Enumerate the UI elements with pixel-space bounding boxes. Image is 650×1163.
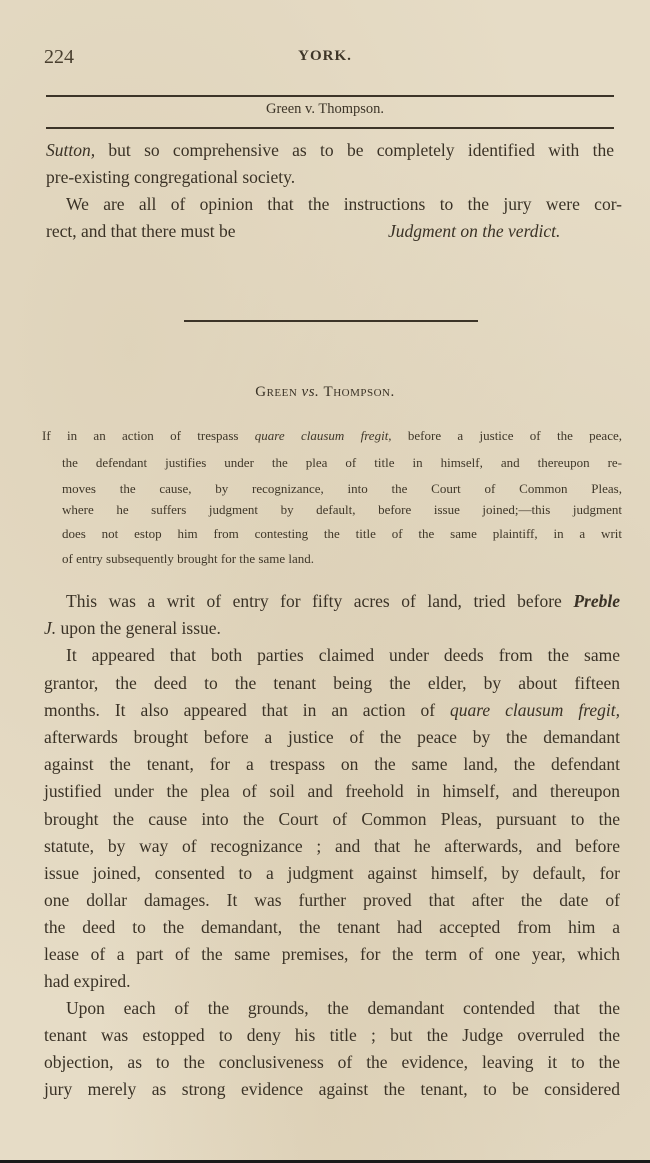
italic-name: Sutton, <box>46 140 95 160</box>
body-line: had expired. <box>44 971 131 992</box>
line-text: If in an action of trespass <box>42 428 255 443</box>
body-line: statute, by way of recognizance ; and th… <box>44 836 620 857</box>
body-line: objection, as to the conclusiveness of t… <box>44 1052 620 1073</box>
body-line: against the tenant, for a trespass on th… <box>44 754 620 775</box>
headnote-line: does not estop him from contesting the t… <box>62 526 622 542</box>
body-line: the deed to the demandant, the tenant ha… <box>44 917 620 938</box>
headnote-line: where he suffers judgment by default, be… <box>62 502 622 518</box>
previous-case-line: We are all of opinion that the instructi… <box>66 194 622 215</box>
case-title: Green vs. Thompson. <box>0 384 650 401</box>
running-head: 224 YORK. <box>0 46 650 76</box>
headnote-line: the defendant justifies under the plea o… <box>62 455 622 471</box>
body-line: afterwards brought before a justice of t… <box>44 727 620 748</box>
previous-case-line: Sutton, but so comprehensive as to be co… <box>46 140 614 161</box>
judge-initial: J. <box>44 618 56 638</box>
line-text: months. It also appeared that in an acti… <box>44 700 450 720</box>
line-text: upon the general issue. <box>56 618 221 638</box>
running-title: YORK. <box>0 48 650 65</box>
judgment-text: Judgment on the verdict. <box>388 221 560 242</box>
line-text: but so comprehensive as to be completely… <box>95 140 614 160</box>
line-text: rect, and that there must be <box>46 221 236 241</box>
body-line: jury merely as strong evidence against t… <box>44 1079 620 1100</box>
header-rule-bottom <box>46 127 614 129</box>
body-line: grantor, the deed to the tenant being th… <box>44 673 620 694</box>
body-line: brought the cause into the Court of Comm… <box>44 809 620 830</box>
body-line: tenant was estopped to deny his title ; … <box>44 1025 620 1046</box>
case-title-defendant: Thompson. <box>324 384 395 400</box>
line-text: This was a writ of entry for fifty acres… <box>66 591 573 611</box>
headnote-line: If in an action of trespass quare clausu… <box>42 428 622 444</box>
case-caption: Green v. Thompson. <box>0 101 650 118</box>
previous-case-line: rect, and that there must be Judgment on… <box>46 221 614 242</box>
header-rule-top <box>46 95 614 97</box>
headnote-line: of entry subsequently brought for the sa… <box>62 551 314 567</box>
body-line: Upon each of the grounds, the demandant … <box>66 998 620 1019</box>
judge-name: Preble <box>573 591 620 611</box>
body-line: issue joined, consented to a judgment ag… <box>44 863 620 884</box>
body-line: It appeared that both parties claimed un… <box>66 645 620 666</box>
italic-phrase: quare clausum fregit, <box>450 700 620 720</box>
body-line: J. upon the general issue. <box>44 618 221 639</box>
body-line: This was a writ of entry for fifty acres… <box>66 591 620 612</box>
body-line: one dollar damages. It was further prove… <box>44 890 620 911</box>
case-title-plaintiff: Green <box>255 384 297 400</box>
case-title-vs: vs. <box>302 384 320 400</box>
previous-case-line: pre-existing congregational society. <box>46 167 295 188</box>
body-line: justified under the plea of soil and fre… <box>44 781 620 802</box>
body-line: lease of a part of the same premises, fo… <box>44 944 620 965</box>
headnote-line: moves the cause, by recognizance, into t… <box>62 481 622 497</box>
section-divider <box>184 320 478 322</box>
book-page: 224 YORK. Green v. Thompson. Sutton, but… <box>0 0 650 1163</box>
italic-phrase: quare clausum fregit, <box>255 428 392 443</box>
body-line: months. It also appeared that in an acti… <box>44 700 620 721</box>
line-text: before a justice of the peace, <box>392 428 622 443</box>
